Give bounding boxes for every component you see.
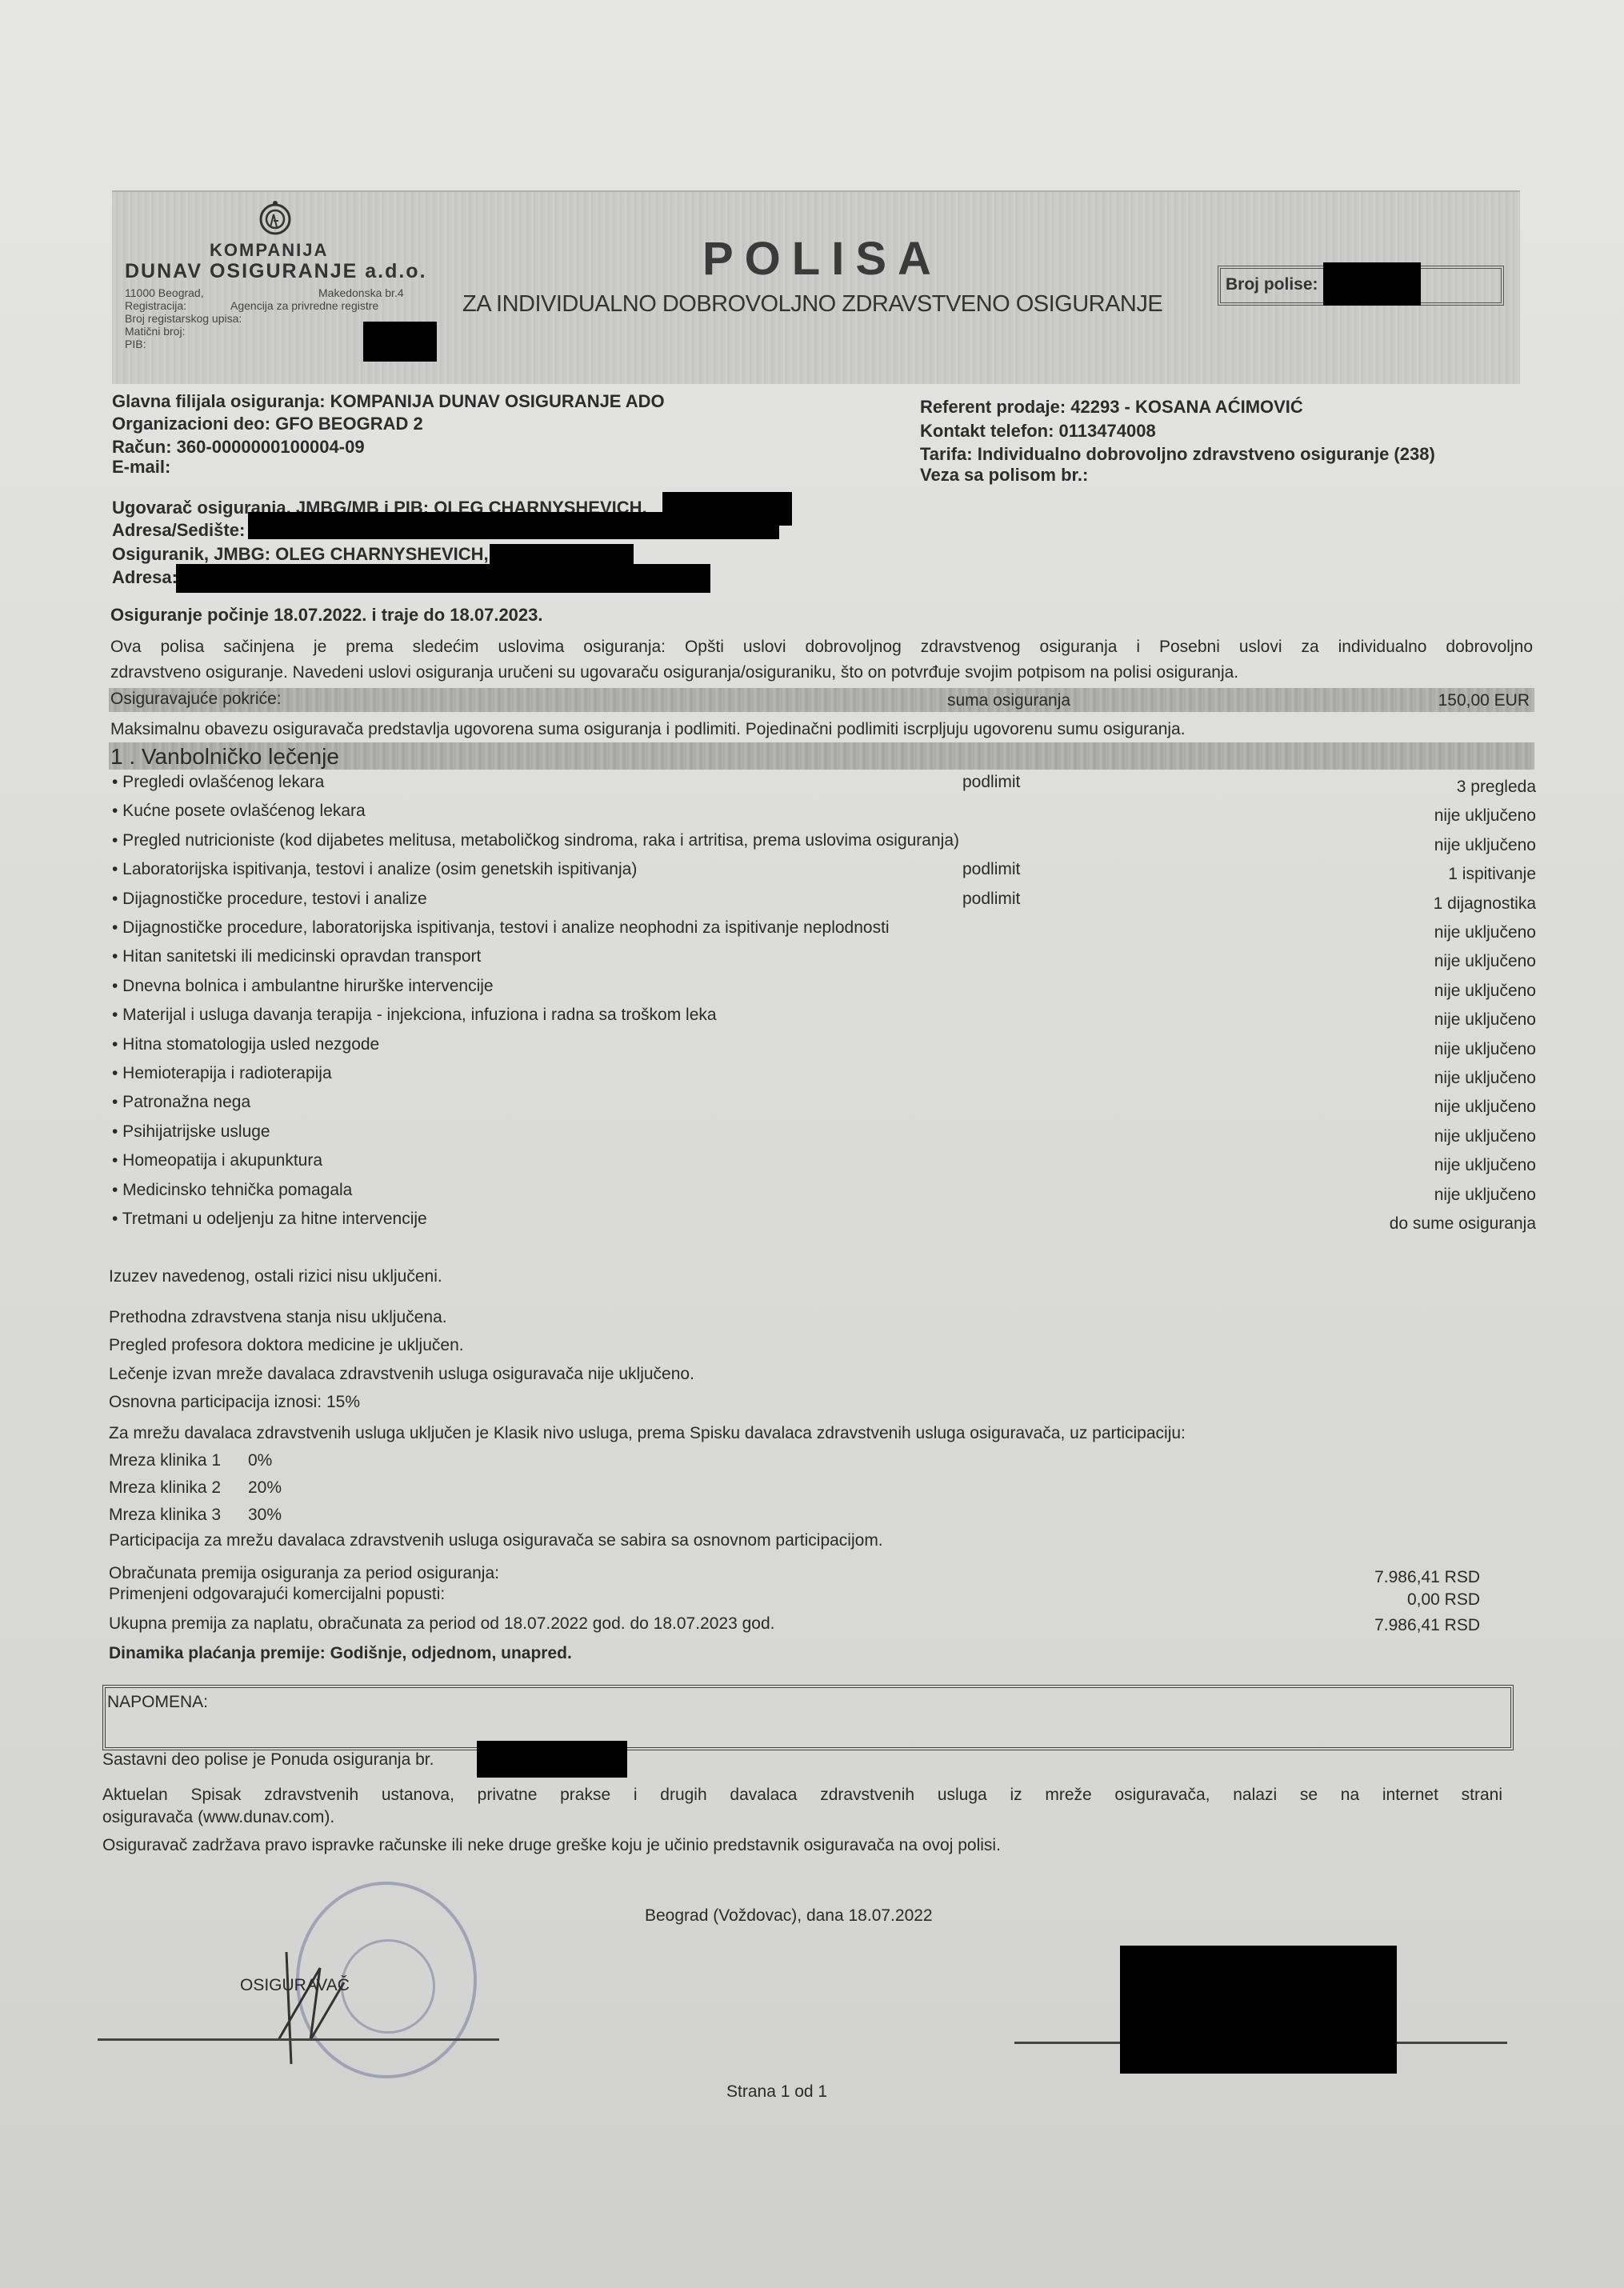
coverage-item-label: • Kućne posete ovlašćenog lekara <box>112 802 366 821</box>
coverage-item-label: • Materijal i usluga davanja terapija - … <box>112 1006 717 1025</box>
coverage-bar: Osiguravajuće pokriće: suma osiguranja 1… <box>109 688 1534 712</box>
coverage-item-value: 1 ispitivanje <box>1448 865 1536 884</box>
coverage-item-value: nije uključeno <box>1434 1010 1536 1030</box>
coverage-item-row: • Medicinsko tehnička pomagalanije uklju… <box>112 1181 1536 1210</box>
coverage-item-value: nije uključeno <box>1434 982 1536 1001</box>
place-and-date: Beograd (Voždovac), dana 18.07.2022 <box>645 1906 933 1926</box>
discount-value: 0,00 RSD <box>1407 1590 1480 1610</box>
coverage-item-value: nije uključeno <box>1434 1186 1536 1205</box>
coverage-item-label: • Patronažna nega <box>112 1093 250 1112</box>
clinic-2-pct: 20% <box>248 1478 282 1498</box>
tariff: Tarifa: Individualno dobrovoljno zdravst… <box>920 444 1435 465</box>
coverage-item-label: • Hitan sanitetski ili medicinski opravd… <box>112 947 481 966</box>
section-header-bar: 1 . Vanbolničko lečenje <box>109 742 1534 770</box>
company-city: 11000 Beograd, <box>125 286 204 299</box>
reg-number-label: Broj registarskog upisa: <box>125 312 242 325</box>
policy-number-label: Broj polise: <box>1226 275 1318 294</box>
coverage-item-row: • Psihijatrijske uslugenije uključeno <box>112 1122 1536 1151</box>
coverage-item-row: • Dijagnostičke procedure, testovi i ana… <box>112 890 1536 918</box>
clinic-3-pct: 30% <box>248 1506 282 1525</box>
coverage-item-label: • Hitna stomatologija usled nezgode <box>112 1035 379 1054</box>
preexisting-note: Prethodna zdravstvena stanja nisu uključ… <box>109 1308 447 1327</box>
document-header: KOMPANIJA DUNAV OSIGURANJE a.d.o. 11000 … <box>112 190 1520 384</box>
coverage-item-value: do sume osiguranja <box>1390 1214 1536 1234</box>
contact-phone: Kontakt telefon: 0113474008 <box>920 421 1156 442</box>
coverage-item-value: nije uključeno <box>1434 952 1536 971</box>
offer-reference: Sastavni deo polise je Ponuda osiguranja… <box>102 1750 434 1770</box>
napomena-box: NAPOMENA: <box>102 1685 1514 1750</box>
discount-label: Primenjeni odgovarajući komercijalni pop… <box>109 1585 445 1604</box>
coverage-item-label: • Dnevna bolnica i ambulantne hirurške i… <box>112 977 494 996</box>
sum-insured-label: suma osiguranja <box>947 691 1070 710</box>
network-list-line-2: osiguravača (www.dunav.com). <box>102 1808 334 1827</box>
max-obligation-note: Maksimalnu obavezu osiguravača predstavl… <box>110 720 1186 739</box>
linked-policy: Veza sa polisom br.: <box>920 465 1088 486</box>
account-number: Račun: 360-0000000100004-09 <box>112 437 365 458</box>
participation-sum-note: Participacija za mrežu davalaca zdravstv… <box>109 1531 883 1550</box>
dunav-logo-icon <box>254 200 296 235</box>
redacted-offer-number <box>477 1741 627 1778</box>
payment-dynamics: Dinamika plaćanja premije: Godišnje, odj… <box>109 1644 572 1663</box>
coverage-item-label: • Hemioterapija i radioterapija <box>112 1064 332 1083</box>
base-participation: Osnovna participacija iznosi: 15% <box>109 1393 360 1412</box>
insurer-signature-line <box>98 2038 499 2041</box>
coverage-item-value: nije uključeno <box>1434 923 1536 942</box>
coverage-item-label: • Pregledi ovlašćenog lekara <box>112 773 324 792</box>
coverage-label: Osiguravajuće pokriće: <box>110 690 282 709</box>
coverage-item-row: • Tretmani u odeljenju za hitne interven… <box>112 1210 1536 1238</box>
coverage-item-value: nije uključeno <box>1434 1040 1536 1059</box>
contractor-address-label: Adresa/Sedište: <box>112 520 245 541</box>
clinic-1-name: Mreza klinika 1 <box>109 1451 221 1470</box>
coverage-item-value: nije uključeno <box>1434 1069 1536 1088</box>
out-of-network-note: Lečenje izvan mreže davalaca zdravstveni… <box>109 1365 694 1384</box>
company-street: Makedonska br.4 <box>318 286 404 299</box>
coverage-item-sublimit: podlimit <box>962 773 1020 792</box>
coverage-item-sublimit: podlimit <box>962 860 1020 879</box>
coverage-item-row: • Dijagnostičke procedure, laboratorijsk… <box>112 918 1536 947</box>
insurance-period: Osiguranje počinje 18.07.2022. i traje d… <box>110 605 543 626</box>
sales-referent: Referent prodaje: 42293 - KOSANA AĆIMOVI… <box>920 397 1303 418</box>
coverage-item-value: nije uključeno <box>1434 806 1536 826</box>
registration-value: Agencija za privredne registre <box>230 299 378 312</box>
coverage-item-row: • Kućne posete ovlašćenog lekaranije ukl… <box>112 802 1536 830</box>
section-title: 1 . Vanbolničko lečenje <box>110 744 339 770</box>
coverage-item-row: • Laboratorijska ispitivanja, testovi i … <box>112 860 1536 889</box>
coverage-item-value: 3 pregleda <box>1457 778 1536 797</box>
redacted-insured-id <box>490 544 634 565</box>
terms-line-2: zdravstveno osiguranje. Navedeni uslovi … <box>110 663 1238 682</box>
coverage-item-row: • Hemioterapija i radioterapijanije uklj… <box>112 1064 1536 1093</box>
redacted-policy-number <box>1323 262 1421 306</box>
document-subtitle: ZA INDIVIDUALNO DOBROVOLJNO ZDRAVSTVENO … <box>462 291 1162 318</box>
insured-info: Osiguranik, JMBG: OLEG CHARNYSHEVICH, <box>112 544 489 565</box>
redacted-insured-address <box>176 564 710 593</box>
registration-label: Registracija: <box>125 299 186 312</box>
coverage-item-row: • Homeopatija i akupunkturanije uključen… <box>112 1151 1536 1180</box>
coverage-item-row: • Pregledi ovlašćenog lekarapodlimit3 pr… <box>112 773 1536 802</box>
coverage-item-row: • Patronažna neganije uključeno <box>112 1093 1536 1122</box>
terms-line-1: Ova polisa sačinjena je prema sledećim u… <box>110 638 1533 657</box>
redacted-company-ids <box>363 322 437 362</box>
main-branch: Glavna filijala osiguranja: KOMPANIJA DU… <box>112 391 665 412</box>
coverage-item-row: • Materijal i usluga davanja terapija - … <box>112 1006 1536 1034</box>
clinic-3-name: Mreza klinika 3 <box>109 1506 221 1525</box>
correction-note: Osiguravač zadržava pravo ispravke račun… <box>102 1836 1001 1855</box>
coverage-item-label: • Homeopatija i akupunktura <box>112 1151 322 1170</box>
coverage-item-label: • Psihijatrijske usluge <box>112 1122 270 1142</box>
company-name-line2: DUNAV OSIGURANJE a.d.o. <box>125 260 427 283</box>
coverage-item-label: • Medicinsko tehnička pomagala <box>112 1181 352 1200</box>
network-intro: Za mrežu davalaca zdravstvenih usluga uk… <box>109 1424 1186 1443</box>
pib-label: PIB: <box>125 338 146 350</box>
coverage-item-value: nije uključeno <box>1434 1127 1536 1146</box>
coverage-item-value: 1 dijagnostika <box>1434 894 1536 914</box>
coverage-item-row: • Pregled nutricioniste (kod dijabetes m… <box>112 831 1536 860</box>
coverage-item-value: nije uključeno <box>1434 1156 1536 1175</box>
napomena-label: NAPOMENA: <box>107 1693 208 1712</box>
coverage-item-row: • Hitan sanitetski ili medicinski opravd… <box>112 947 1536 976</box>
document-title: POLISA <box>702 232 942 286</box>
coverage-item-row: • Hitna stomatologija usled nezgodenije … <box>112 1035 1536 1064</box>
coverage-item-value: nije uključeno <box>1434 1098 1536 1117</box>
total-premium-value: 7.986,41 RSD <box>1374 1616 1480 1635</box>
coverage-item-row: • Dnevna bolnica i ambulantne hirurške i… <box>112 977 1536 1006</box>
signature-icon <box>264 1952 352 2072</box>
insured-address-label: Adresa: <box>112 567 178 588</box>
coverage-item-value: nije uključeno <box>1434 836 1536 855</box>
redacted-contractor-address <box>248 512 779 539</box>
coverage-item-label: • Dijagnostičke procedure, laboratorijsk… <box>112 918 890 938</box>
maticni-label: Matični broj: <box>125 325 185 338</box>
coverage-item-sublimit: podlimit <box>962 890 1020 909</box>
company-name-line1: KOMPANIJA <box>210 240 328 261</box>
clinic-1-pct: 0% <box>248 1451 272 1470</box>
redacted-contractor-signature <box>1120 1946 1397 2074</box>
coverage-item-label: • Pregled nutricioniste (kod dijabetes m… <box>112 831 959 850</box>
premium-calculated-label: Obračunata premija osiguranja za period … <box>109 1564 499 1583</box>
total-premium-label: Ukupna premija za naplatu, obračunata za… <box>109 1614 774 1634</box>
clinic-2-name: Mreza klinika 2 <box>109 1478 221 1498</box>
professor-note: Pregled profesora doktora medicine je uk… <box>109 1336 464 1355</box>
insurer-label: OSIGURAVAČ <box>240 1976 350 1995</box>
coverage-item-label: • Dijagnostičke procedure, testovi i ana… <box>112 890 427 909</box>
sum-insured-value: 150,00 EUR <box>1438 691 1530 710</box>
org-unit: Organizacioni deo: GFO BEOGRAD 2 <box>112 414 423 434</box>
network-list-line-1: Aktuelan Spisak zdravstvenih ustanova, p… <box>102 1786 1502 1805</box>
email-label: E-mail: <box>112 457 170 478</box>
coverage-item-label: • Tretmani u odeljenju za hitne interven… <box>112 1210 427 1229</box>
coverage-item-label: • Laboratorijska ispitivanja, testovi i … <box>112 860 637 879</box>
other-risks-note: Izuzev navedenog, ostali rizici nisu ukl… <box>109 1267 442 1286</box>
page-number: Strana 1 od 1 <box>726 2082 827 2102</box>
premium-calculated-value: 7.986,41 RSD <box>1374 1568 1480 1587</box>
